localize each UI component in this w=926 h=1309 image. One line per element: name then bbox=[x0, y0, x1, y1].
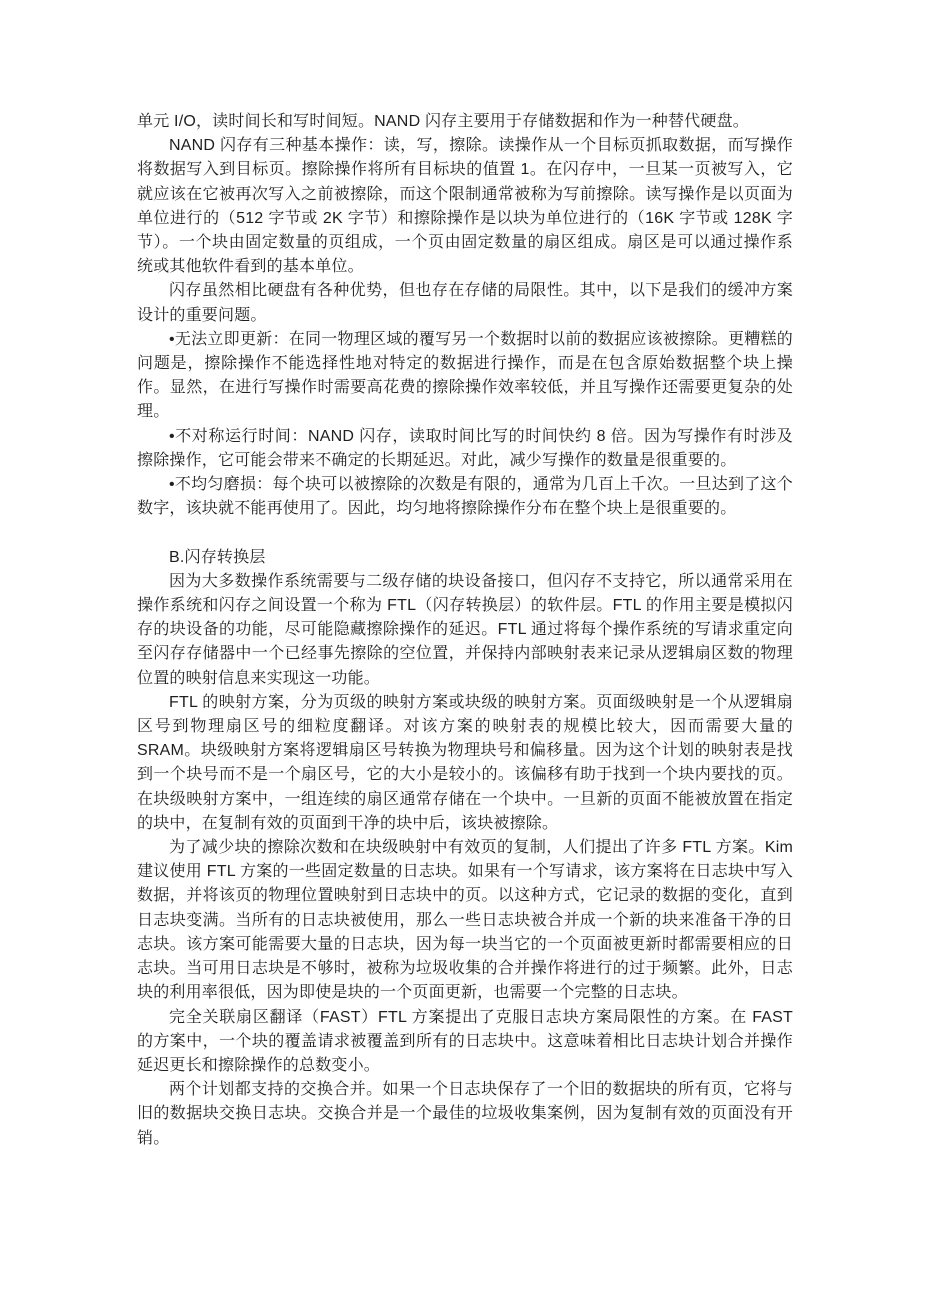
paragraph-ftl-mapping-schemes: FTL 的映射方案，分为页级的映射方案或块级的映射方案。页面级映射是一个从逻辑扇… bbox=[137, 691, 793, 836]
document-text: 单元 I/O，读时间长和写时间短。NAND 闪存主要用于存储数据和作为一种替代硬… bbox=[137, 110, 793, 1151]
paragraph-io-unit: 单元 I/O，读时间长和写时间短。NAND 闪存主要用于存储数据和作为一种替代硬… bbox=[137, 110, 793, 134]
bullet-wear-leveling: •不均匀磨损：每个块可以被擦除的次数是有限的，通常为几百上千次。一旦达到了这个数… bbox=[137, 473, 793, 521]
paragraph-ftl-intro: 因为大多数操作系统需要与二级存储的块设备接口，但闪存不支持它，所以通常采用在操作… bbox=[137, 570, 793, 691]
document-page: 单元 I/O，读时间长和写时间短。NAND 闪存主要用于存储数据和作为一种替代硬… bbox=[0, 0, 926, 1309]
paragraph-log-block-scheme: 为了减少块的擦除次数和在块级映射中有效页的复制，人们提出了许多 FTL 方案。K… bbox=[137, 836, 793, 1005]
paragraph-nand-operations: NAND 闪存有三种基本操作：读，写，擦除。读操作从一个目标页抓取数据，而写操作… bbox=[137, 134, 793, 279]
bullet-no-in-place-update: •无法立即更新：在同一物理区域的覆写另一个数据时以前的数据应该被擦除。更糟糕的问… bbox=[137, 328, 793, 425]
blank-line bbox=[137, 521, 793, 545]
bullet-asymmetric-speed: •不对称运行时间：NAND 闪存，读取时间比写的时间快约 8 倍。因为写操作有时… bbox=[137, 425, 793, 473]
paragraph-switch-merge: 两个计划都支持的交换合并。如果一个日志块保存了一个旧的数据块的所有页，它将与旧的… bbox=[137, 1078, 793, 1151]
section-heading-ftl: B.闪存转换层 bbox=[137, 546, 793, 570]
paragraph-flash-limitations: 闪存虽然相比硬盘有各种优势，但也存在存储的局限性。其中，以下是我们的缓冲方案设计… bbox=[137, 279, 793, 327]
paragraph-fast-scheme: 完全关联扇区翻译（FAST）FTL 方案提出了克服日志块方案局限性的方案。在 F… bbox=[137, 1006, 793, 1079]
